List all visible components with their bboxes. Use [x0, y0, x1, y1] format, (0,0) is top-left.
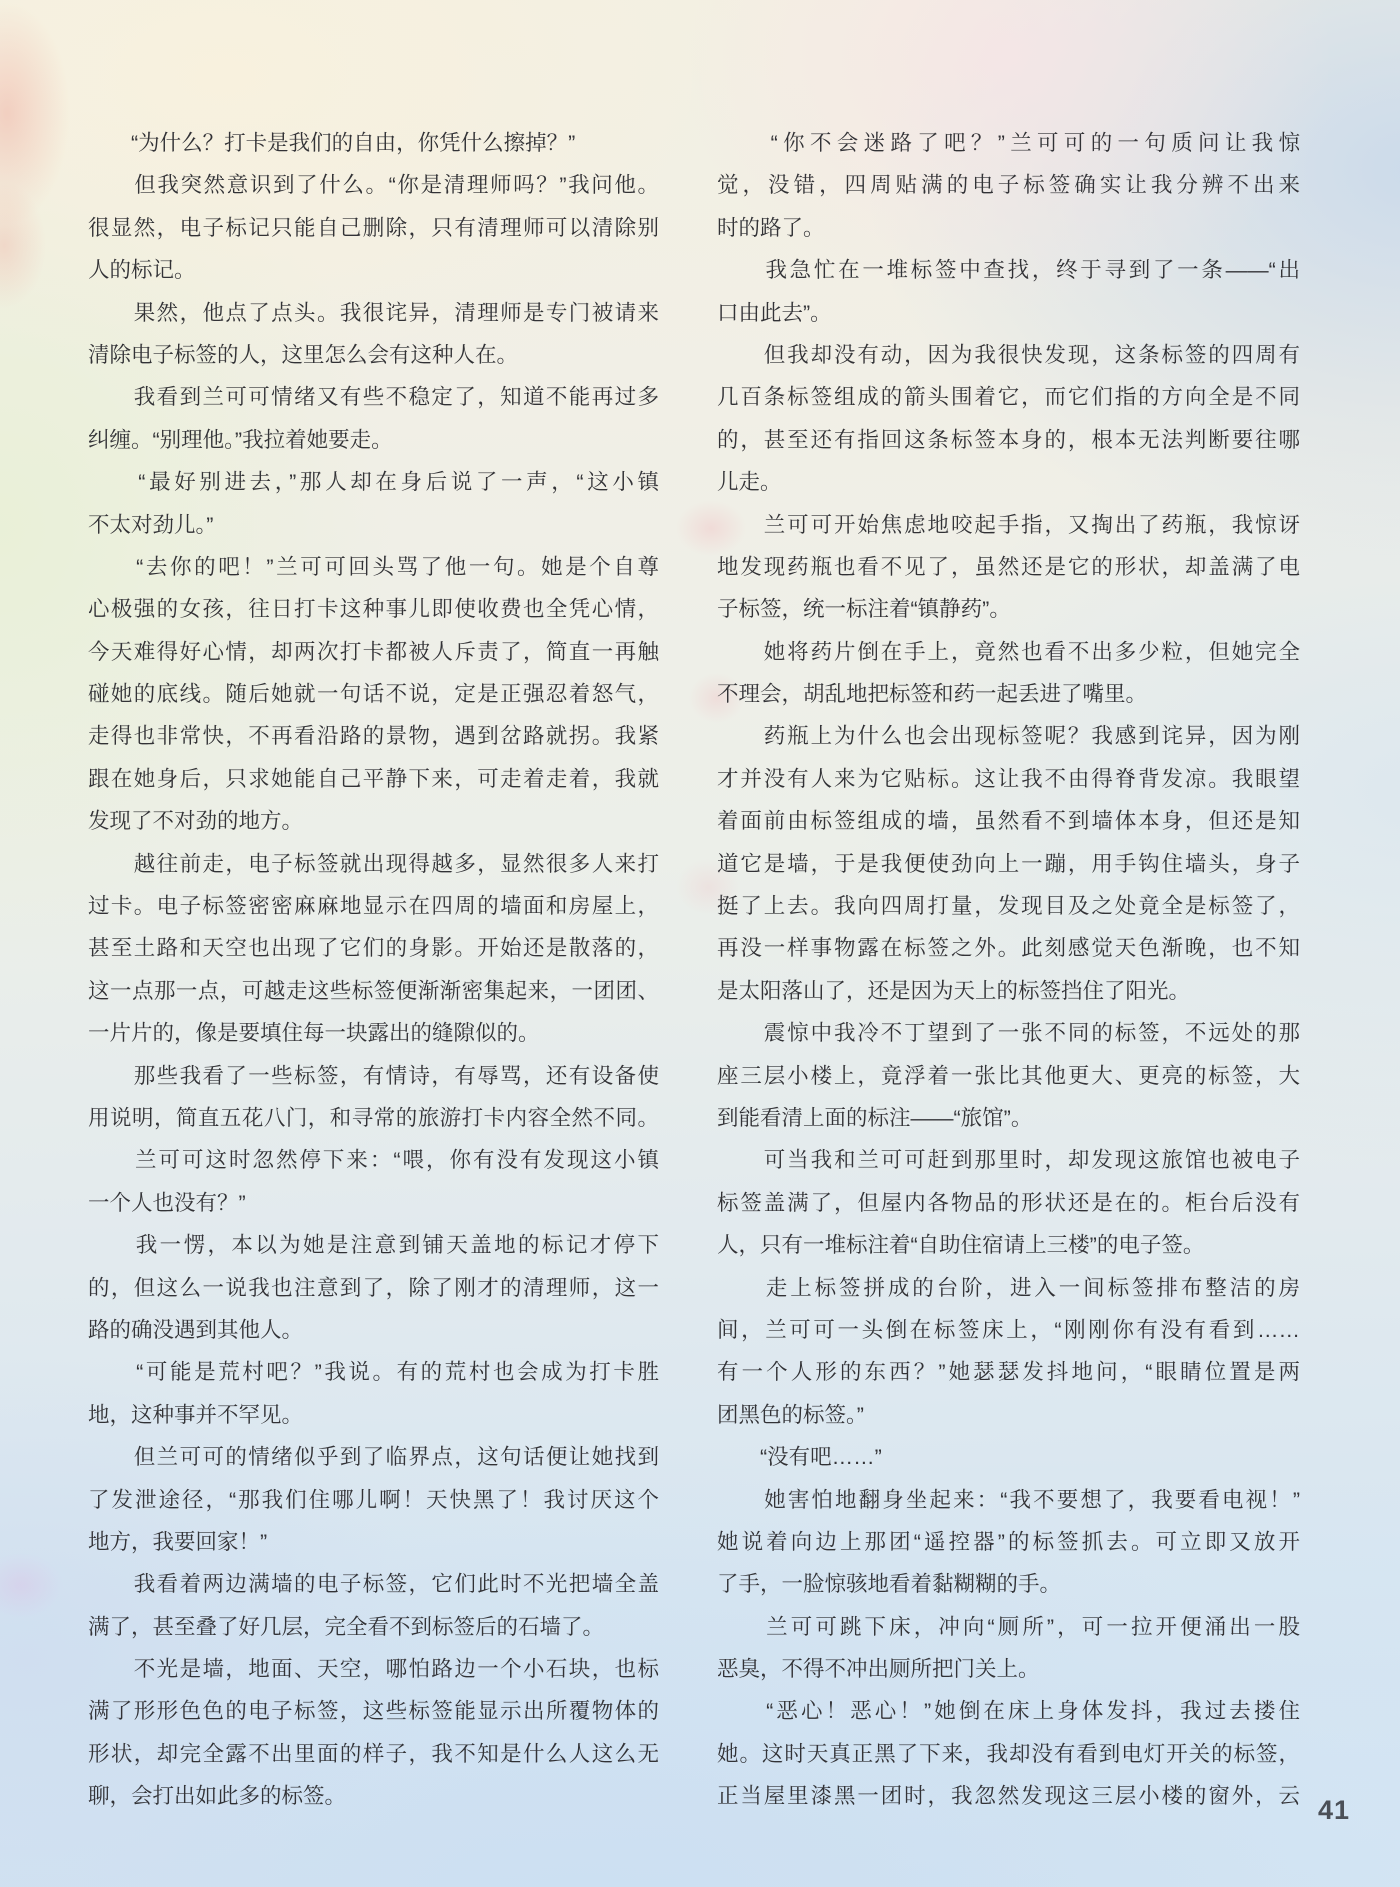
text-line: 满了形形色色的电子标签，这些标签能显示出所覆物体的 [88, 1690, 659, 1732]
text-line: 我急忙在一堆标签中查找，终于寻到了一条——“出 [717, 249, 1300, 291]
text-line: 纠缠。“别理他。”我拉着她要走。 [88, 419, 659, 461]
text-line: 儿走。 [717, 461, 1300, 503]
text-line: “你不会迷路了吧？”兰可可的一句质问让我惊 [717, 122, 1300, 164]
text-line: 但兰可可的情绪似乎到了临界点，这句话便让她找到 [88, 1436, 659, 1478]
text-line: “去你的吧！”兰可可回头骂了他一句。她是个自尊 [88, 546, 659, 588]
page-number: 41 [1318, 1795, 1350, 1826]
text-line: 是太阳落山了，还是因为天上的标签挡住了阳光。 [717, 970, 1300, 1012]
text-line: 但我突然意识到了什么。“你是清理师吗？”我问他。 [88, 164, 659, 206]
text-line: 不理会，胡乱地把标签和药一起丢进了嘴里。 [717, 673, 1300, 715]
text-line: 着面前由标签组成的墙，虽然看不到墙体本身，但还是知 [717, 800, 1300, 842]
text-line: 今天难得好心情，却两次打卡都被人斥责了，简直一再触 [88, 631, 659, 673]
text-line: 果然，他点了点头。我很诧异，清理师是专门被请来 [88, 292, 659, 334]
text-line: 地方，我要回家！” [88, 1521, 659, 1563]
text-line: 时的路了。 [717, 207, 1300, 249]
text-line: 我看着两边满墙的电子标签，它们此时不光把墙全盖 [88, 1563, 659, 1605]
text-line: 不太对劲儿。” [88, 504, 659, 546]
text-line: 这一点那一点，可越走这些标签便渐渐密集起来，一团团、 [88, 970, 659, 1012]
text-line: 她害怕地翻身坐起来：“我不要想了，我要看电视！” [717, 1479, 1300, 1521]
text-line: 道它是墙，于是我便使劲向上一蹦，用手钩住墙头，身子 [717, 843, 1300, 885]
text-line: 座三层小楼上，竟浮着一张比其他更大、更亮的标签，大 [717, 1055, 1300, 1097]
text-line: 她说着向边上那团“遥控器”的标签抓去。可立即又放开 [717, 1521, 1300, 1563]
left-text-column: “为什么？打卡是我们的自由，你凭什么擦掉？” 但我突然意识到了什么。“你是清理师… [88, 122, 659, 1818]
text-line: 用说明，简直五花八门，和寻常的旅游打卡内容全然不同。 [88, 1097, 659, 1139]
text-line: 恶臭，不得不冲出厕所把门关上。 [717, 1648, 1300, 1690]
text-line: 越往前走，电子标签就出现得越多，显然很多人来打 [88, 843, 659, 885]
text-line: 路的确没遇到其他人。 [88, 1309, 659, 1351]
text-line: 甚至土路和天空也出现了它们的身影。开始还是散落的， [88, 927, 659, 969]
text-line: 标签盖满了，但屋内各物品的形状还是在的。柜台后没有 [717, 1182, 1300, 1224]
text-line: 我一愣，本以为她是注意到铺天盖地的标记才停下 [88, 1224, 659, 1266]
text-line: 的，甚至还有指回这条标签本身的，根本无法判断要往哪 [717, 419, 1300, 461]
text-line: 兰可可跳下床，冲向“厕所”，可一拉开便涌出一股 [717, 1606, 1300, 1648]
text-line: 几百条标签组成的箭头围着它，而它们指的方向全是不同 [717, 376, 1300, 418]
text-line: 碰她的底线。随后她就一句话不说，定是正强忍着怒气， [88, 673, 659, 715]
text-line: 地发现药瓶也看不见了，虽然还是它的形状，却盖满了电 [717, 546, 1300, 588]
text-line: “恶心！恶心！”她倒在床上身体发抖，我过去搂住 [717, 1690, 1300, 1732]
text-line: 子标签，统一标注着“镇静药”。 [717, 588, 1300, 630]
text-line: 地，这种事并不罕见。 [88, 1394, 659, 1436]
text-line: “最好别进去，”那人却在身后说了一声，“这小镇 [88, 461, 659, 503]
text-line: 不光是墙，地面、天空，哪怕路边一个小石块，也标 [88, 1648, 659, 1690]
text-line: “可能是荒村吧？”我说。有的荒村也会成为打卡胜 [88, 1351, 659, 1393]
text-line: 那些我看了一些标签，有情诗，有辱骂，还有设备使 [88, 1055, 659, 1097]
text-line: 心极强的女孩，往日打卡这种事儿即使收费也全凭心情， [88, 588, 659, 630]
text-line: 满了，甚至叠了好几层，完全看不到标签后的石墙了。 [88, 1606, 659, 1648]
text-line: 间，兰可可一头倒在标签床上，“刚刚你有没有看到…… [717, 1309, 1300, 1351]
text-line: 她。这时天真正黑了下来，我却没有看到电灯开关的标签， [717, 1733, 1300, 1775]
text-line: 正当屋里漆黑一团时，我忽然发现这三层小楼的窗外，云 [717, 1775, 1300, 1817]
text-line: 走上标签拼成的台阶，进入一间标签排布整洁的房 [717, 1267, 1300, 1309]
text-line: 再没一样事物露在标签之外。此刻感觉天色渐晚，也不知 [717, 927, 1300, 969]
text-line: 觉，没错，四周贴满的电子标签确实让我分辨不出来 [717, 164, 1300, 206]
text-line: 的，但这么一说我也注意到了，除了刚才的清理师，这一 [88, 1267, 659, 1309]
magazine-page: { "page": { "number": "41", "language": … [0, 0, 1400, 1887]
text-line: 她将药片倒在手上，竟然也看不出多少粒，但她完全 [717, 631, 1300, 673]
text-line: 跟在她身后，只求她能自己平静下来，可走着走着，我就 [88, 758, 659, 800]
text-line: 到能看清上面的标注——“旅馆”。 [717, 1097, 1300, 1139]
text-line: 震惊中我冷不丁望到了一张不同的标签，不远处的那 [717, 1012, 1300, 1054]
text-line: 兰可可这时忽然停下来：“喂，你有没有发现这小镇 [88, 1139, 659, 1181]
right-text-column: “你不会迷路了吧？”兰可可的一句质问让我惊觉，没错，四周贴满的电子标签确实让我分… [717, 122, 1300, 1818]
text-line: 可当我和兰可可赶到那里时，却发现这旅馆也被电子 [717, 1139, 1300, 1181]
text-line: 一片片的，像是要填住每一块露出的缝隙似的。 [88, 1012, 659, 1054]
text-line: 但我却没有动，因为我很快发现，这条标签的四周有 [717, 334, 1300, 376]
text-line: 兰可可开始焦虑地咬起手指，又掏出了药瓶，我惊讶 [717, 504, 1300, 546]
text-line: “没有吧……” [717, 1436, 1300, 1478]
text-line: 人，只有一堆标注着“自助住宿请上三楼”的电子签。 [717, 1224, 1300, 1266]
text-line: 才并没有人来为它贴标。这让我不由得脊背发凉。我眼望 [717, 758, 1300, 800]
text-line: 团黑色的标签。” [717, 1394, 1300, 1436]
text-line: 药瓶上为什么也会出现标签呢？我感到诧异，因为刚 [717, 715, 1300, 757]
text-line: 我看到兰可可情绪又有些不稳定了，知道不能再过多 [88, 376, 659, 418]
text-line: 了发泄途径，“那我们住哪儿啊！天快黑了！我讨厌这个 [88, 1479, 659, 1521]
text-line: 很显然，电子标记只能自己删除，只有清理师可以清除别 [88, 207, 659, 249]
text-line: 挺了上去。我向四周打量，发现目及之处竟全是标签了， [717, 885, 1300, 927]
text-line: 一个人也没有？” [88, 1182, 659, 1224]
text-line: 口由此去”。 [717, 292, 1300, 334]
text-line: 了手，一脸惊骇地看着黏糊糊的手。 [717, 1563, 1300, 1605]
text-line: 人的标记。 [88, 249, 659, 291]
text-line: 过卡。电子标签密密麻麻地显示在四周的墙面和房屋上， [88, 885, 659, 927]
text-line: 清除电子标签的人，这里怎么会有这种人在。 [88, 334, 659, 376]
text-line: 聊，会打出如此多的标签。 [88, 1775, 659, 1817]
text-line: “为什么？打卡是我们的自由，你凭什么擦掉？” [88, 122, 659, 164]
text-line: 走得也非常快，不再看沿路的景物，遇到岔路就拐。我紧 [88, 715, 659, 757]
text-line: 发现了不对劲的地方。 [88, 800, 659, 842]
text-line: 有一个人形的东西？”她瑟瑟发抖地问，“眼睛位置是两 [717, 1351, 1300, 1393]
text-line: 形状，却完全露不出里面的样子，我不知是什么人这么无 [88, 1733, 659, 1775]
